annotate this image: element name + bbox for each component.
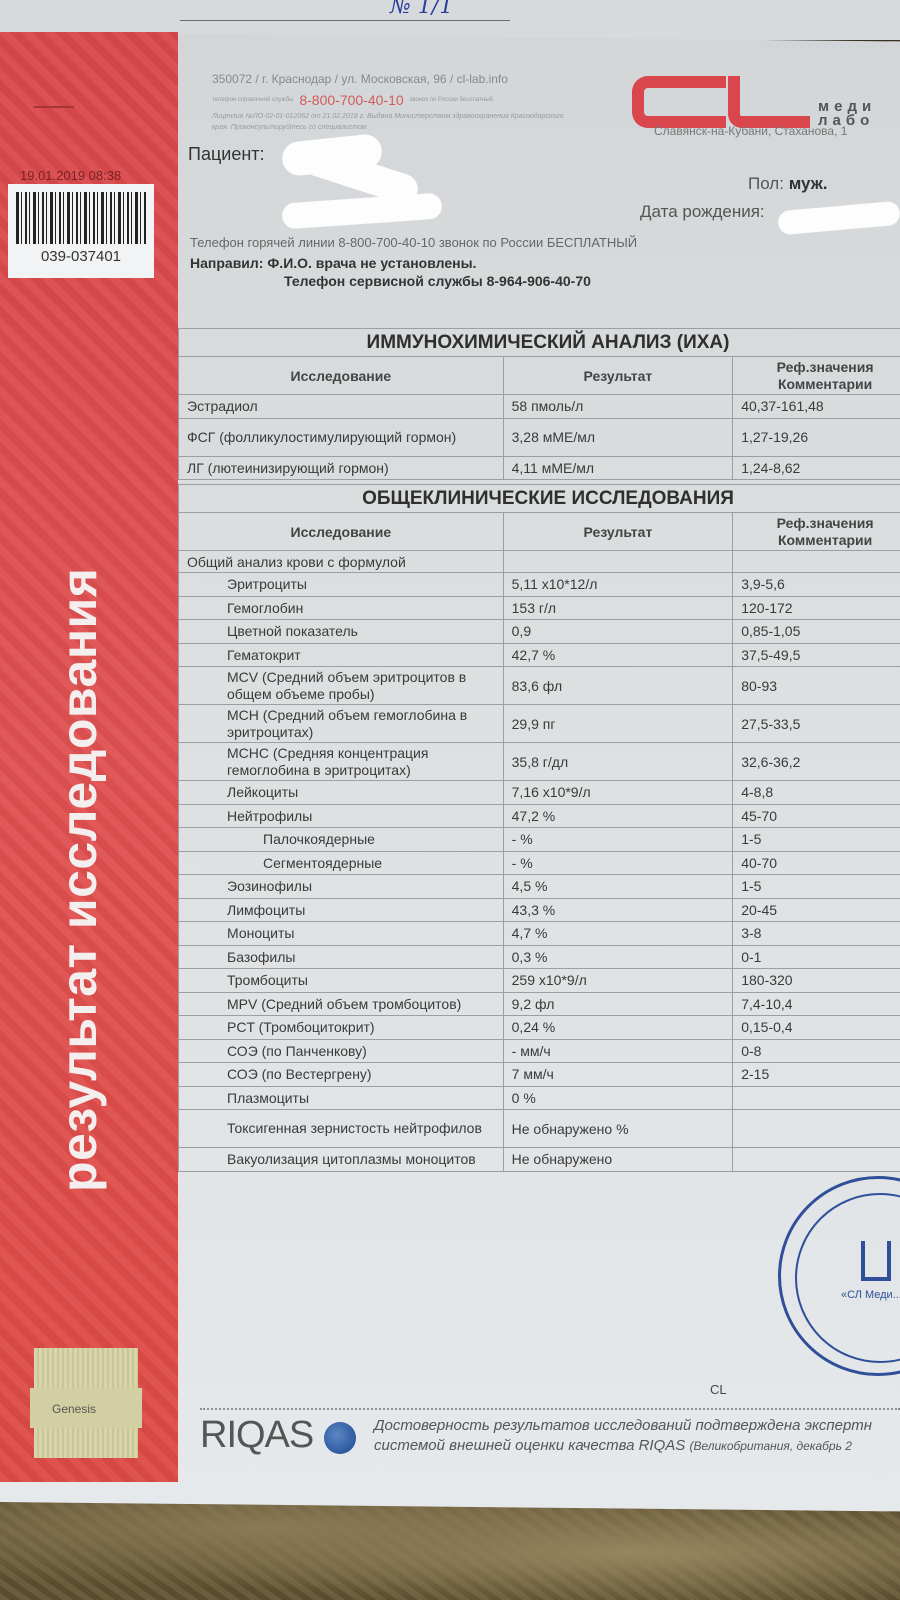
test-name: Вакуолизация цитоплазмы моноцитов — [179, 1148, 504, 1172]
band-dash — [34, 106, 74, 108]
reference-range: 3,9-5,6 — [733, 573, 900, 597]
table-row: Плазмоциты0 % — [179, 1086, 900, 1110]
test-name: СОЭ (по Вестергрену) — [179, 1063, 504, 1087]
hologram-label: Genesis — [52, 1402, 96, 1416]
test-result: 9,2 фл — [503, 992, 733, 1016]
dob-label: Дата рождения: — [640, 202, 765, 222]
barcode-icon — [16, 192, 146, 244]
column-header: Результат — [503, 357, 733, 395]
test-name: Моноциты — [179, 922, 504, 946]
reference-range — [733, 1148, 900, 1172]
logo-letter-c — [632, 76, 714, 128]
riqas-line-2: системой внешней оценки качества RIQAS (… — [374, 1436, 872, 1456]
table-row: Моноциты4,7 %3-8 — [179, 922, 900, 946]
reference-range: 120-172 — [733, 596, 900, 620]
test-result: 0,3 % — [503, 945, 733, 969]
test-result: 29,9 пг — [503, 705, 733, 743]
vertical-title: результат исследования — [50, 568, 108, 1192]
test-name: Сегментоядерные — [179, 851, 504, 875]
test-result: 0,24 % — [503, 1016, 733, 1040]
referrer-text: Направил: Ф.И.О. врача не установлены. — [190, 255, 476, 271]
lab-phone: 8-800-700-40-10 — [299, 92, 403, 108]
barcode-number: 039-037401 — [8, 248, 154, 265]
table-row: Токсигенная зернистость нейтрофиловНе об… — [179, 1110, 900, 1148]
test-result: 4,5 % — [503, 875, 733, 899]
print-datetime: 19.01.2019 08:38 — [20, 168, 121, 183]
column-header: Исследование — [179, 513, 504, 551]
test-result: 3,28 мМЕ/мл — [503, 418, 733, 456]
test-name: Лимфоциты — [179, 898, 504, 922]
test-name: PCT (Тромбоцитокрит) — [179, 1016, 504, 1040]
table-row: Гемоглобин153 г/л120-172 — [179, 596, 900, 620]
table-row: Нейтрофилы47,2 %45-70 — [179, 804, 900, 828]
table-row: MCV (Средний объем эритроцитов в общем о… — [179, 667, 900, 705]
reference-range: 4-8,8 — [733, 781, 900, 805]
phone-suffix: звонок по России бесплатный — [410, 97, 493, 103]
table-row: ФСГ (фолликулостимулирующий гормон)3,28 … — [179, 418, 900, 456]
test-name: Плазмоциты — [179, 1086, 504, 1110]
reference-range: 32,6-36,2 — [733, 743, 900, 781]
test-name: Лейкоциты — [179, 781, 504, 805]
table-row: СОЭ (по Вестергрену)7 мм/ч2-15 — [179, 1063, 900, 1087]
table-row: Базофилы0,3 %0-1 — [179, 945, 900, 969]
column-header: Реф.значенияКомментарии — [733, 357, 900, 395]
section-title: ИММУНОХИМИЧЕСКИЙ АНАЛИЗ (ИХА) — [179, 329, 900, 357]
table-row: MCH (Средний объем гемоглобина в эритроц… — [179, 705, 900, 743]
globe-icon — [324, 1422, 356, 1454]
test-name: Эозинофилы — [179, 875, 504, 899]
reference-range: 27,5-33,5 — [733, 705, 900, 743]
immuno-table: ИММУНОХИМИЧЕСКИЙ АНАЛИЗ (ИХА) Исследован… — [178, 328, 900, 480]
table-row: Эозинофилы4,5 %1-5 — [179, 875, 900, 899]
test-result: 0,9 — [503, 620, 733, 644]
test-name: MCHC (Средняя концентрация гемоглобина в… — [179, 743, 504, 781]
sex-label: Пол: — [748, 174, 784, 193]
test-name: MPV (Средний объем тромбоцитов) — [179, 992, 504, 1016]
riqas-statement: Достоверность результатов исследований п… — [374, 1416, 872, 1456]
test-name: СОЭ (по Панченкову) — [179, 1039, 504, 1063]
column-header: Результат — [503, 513, 733, 551]
divider-line — [180, 20, 510, 21]
test-name: Гемоглобин — [179, 596, 504, 620]
test-name: Тромбоциты — [179, 969, 504, 993]
reference-range: 1,27-19,26 — [733, 418, 900, 456]
reference-range: 45-70 — [733, 804, 900, 828]
test-result: 7,16 x10*9/л — [503, 781, 733, 805]
table-row: PCT (Тромбоцитокрит)0,24 %0,15-0,4 — [179, 1016, 900, 1040]
test-name: Палочкоядерные — [179, 828, 504, 852]
test-name: ЛГ (лютеинизирующий гормон) — [179, 456, 504, 480]
license-text: Лицензия №ЛО-02-01-012062 от 21.02.2018 … — [212, 111, 582, 133]
reference-range: 80-93 — [733, 667, 900, 705]
table-row: Вакуолизация цитоплазмы моноцитовНе обна… — [179, 1148, 900, 1172]
reference-range: 1-5 — [733, 828, 900, 852]
reference-range: 2-15 — [733, 1063, 900, 1087]
test-result: 4,7 % — [503, 922, 733, 946]
reference-range: 0,85-1,05 — [733, 620, 900, 644]
patient-label: Пациент: — [188, 144, 265, 165]
test-result: 43,3 % — [503, 898, 733, 922]
barcode-label: 039-037401 — [8, 184, 154, 278]
service-phone: Телефон сервисной службы 8-964-906-40-70 — [284, 273, 591, 289]
test-result: 83,6 фл — [503, 667, 733, 705]
test-result: 153 г/л — [503, 596, 733, 620]
group-label: Общий анализ крови с формулой — [179, 551, 504, 573]
test-result: 47,2 % — [503, 804, 733, 828]
clinical-table: ОБЩЕКЛИНИЧЕСКИЕ ИССЛЕДОВАНИЯ Исследовани… — [178, 484, 900, 1172]
test-result: - % — [503, 851, 733, 875]
stamp-emblem-icon — [861, 1241, 891, 1281]
stamp-text: «СЛ Меди... — [841, 1289, 900, 1301]
table-row: MPV (Средний объем тромбоцитов)9,2 фл7,4… — [179, 992, 900, 1016]
table-row: ЛГ (лютеинизирующий гормон)4,11 мМЕ/мл1,… — [179, 456, 900, 480]
test-result: 35,8 г/дл — [503, 743, 733, 781]
reference-range: 7,4-10,4 — [733, 992, 900, 1016]
table-row: Гематокрит42,7 %37,5-49,5 — [179, 643, 900, 667]
test-result: Не обнаружено % — [503, 1110, 733, 1148]
table-row: СОЭ (по Панченкову)- мм/ч0-8 — [179, 1039, 900, 1063]
hologram-sticker: Genesis — [34, 1348, 138, 1458]
reference-range — [733, 1110, 900, 1148]
table-row: Цветной показатель0,90,85-1,05 — [179, 620, 900, 644]
test-result: 5,11 x10*12/л — [503, 573, 733, 597]
lab-phone-line: телефон справочной службы 8-800-700-40-1… — [212, 92, 493, 108]
lab-address: 350072 / г. Краснодар / ул. Московская, … — [212, 72, 508, 86]
test-result: 58 пмоль/л — [503, 395, 733, 419]
logo-city: Славянск-на-Кубани, Стаханова, 1 — [654, 124, 847, 138]
reference-range: 0-8 — [733, 1039, 900, 1063]
table-row: Эстрадиол58 пмоль/л40,37-161,48 — [179, 395, 900, 419]
riqas-line-1: Достоверность результатов исследований п… — [374, 1416, 872, 1436]
reference-range: 1,24-8,62 — [733, 456, 900, 480]
reference-range: 0,15-0,4 — [733, 1016, 900, 1040]
test-name: Базофилы — [179, 945, 504, 969]
table-row: Лимфоциты43,3 %20-45 — [179, 898, 900, 922]
test-name: MCH (Средний объем гемоглобина в эритроц… — [179, 705, 504, 743]
table-row: Сегментоядерные- %40-70 — [179, 851, 900, 875]
test-name: Гематокрит — [179, 643, 504, 667]
test-result: - мм/ч — [503, 1039, 733, 1063]
reference-range — [733, 1086, 900, 1110]
reference-range: 37,5-49,5 — [733, 643, 900, 667]
reference-range: 180-320 — [733, 969, 900, 993]
test-name: Эритроциты — [179, 573, 504, 597]
test-result: Не обнаружено — [503, 1148, 733, 1172]
table-row: Лейкоциты7,16 x10*9/л4-8,8 — [179, 781, 900, 805]
reference-range: 1-5 — [733, 875, 900, 899]
test-name: MCV (Средний объем эритроцитов в общем о… — [179, 667, 504, 705]
test-result: 259 x10*9/л — [503, 969, 733, 993]
phone-prefix: телефон справочной службы — [212, 97, 293, 103]
hotline-text: Телефон горячей линии 8-800-700-40-10 зв… — [190, 235, 637, 250]
table-row: MCHC (Средняя концентрация гемоглобина в… — [179, 743, 900, 781]
cl-signature-mark: CL — [710, 1382, 727, 1397]
sex-value: муж. — [789, 174, 828, 193]
reference-range: 40-70 — [733, 851, 900, 875]
test-result: - % — [503, 828, 733, 852]
table-row: Эритроциты5,11 x10*12/л3,9-5,6 — [179, 573, 900, 597]
cl-logo — [632, 76, 792, 128]
reference-range: 20-45 — [733, 898, 900, 922]
test-name: ФСГ (фолликулостимулирующий гормон) — [179, 418, 504, 456]
red-side-band: 19.01.2019 08:38 039-037401 результат ис… — [0, 32, 178, 1482]
test-name: Цветной показатель — [179, 620, 504, 644]
section-title: ОБЩЕКЛИНИЧЕСКИЕ ИССЛЕДОВАНИЯ — [179, 485, 900, 513]
table-row: Тромбоциты259 x10*9/л180-320 — [179, 969, 900, 993]
column-header: Исследование — [179, 357, 504, 395]
test-result: 0 % — [503, 1086, 733, 1110]
test-name: Нейтрофилы — [179, 804, 504, 828]
riqas-logo: RIQAS — [200, 1414, 313, 1457]
reference-range: 3-8 — [733, 922, 900, 946]
test-result: 7 мм/ч — [503, 1063, 733, 1087]
test-result: 42,7 % — [503, 643, 733, 667]
test-result: 4,11 мМЕ/мл — [503, 456, 733, 480]
reference-range: 40,37-161,48 — [733, 395, 900, 419]
test-name: Эстрадиол — [179, 395, 504, 419]
dotted-divider — [200, 1408, 900, 1410]
logo-letter-l — [728, 76, 810, 128]
test-name: Токсигенная зернистость нейтрофилов — [179, 1110, 504, 1148]
table-row: Палочкоядерные- %1-5 — [179, 828, 900, 852]
handwritten-number: № 1/1 — [390, 0, 453, 19]
sex-field: Пол: муж. — [748, 174, 827, 194]
reference-range: 0-1 — [733, 945, 900, 969]
column-header: Реф.значенияКомментарии — [733, 513, 900, 551]
